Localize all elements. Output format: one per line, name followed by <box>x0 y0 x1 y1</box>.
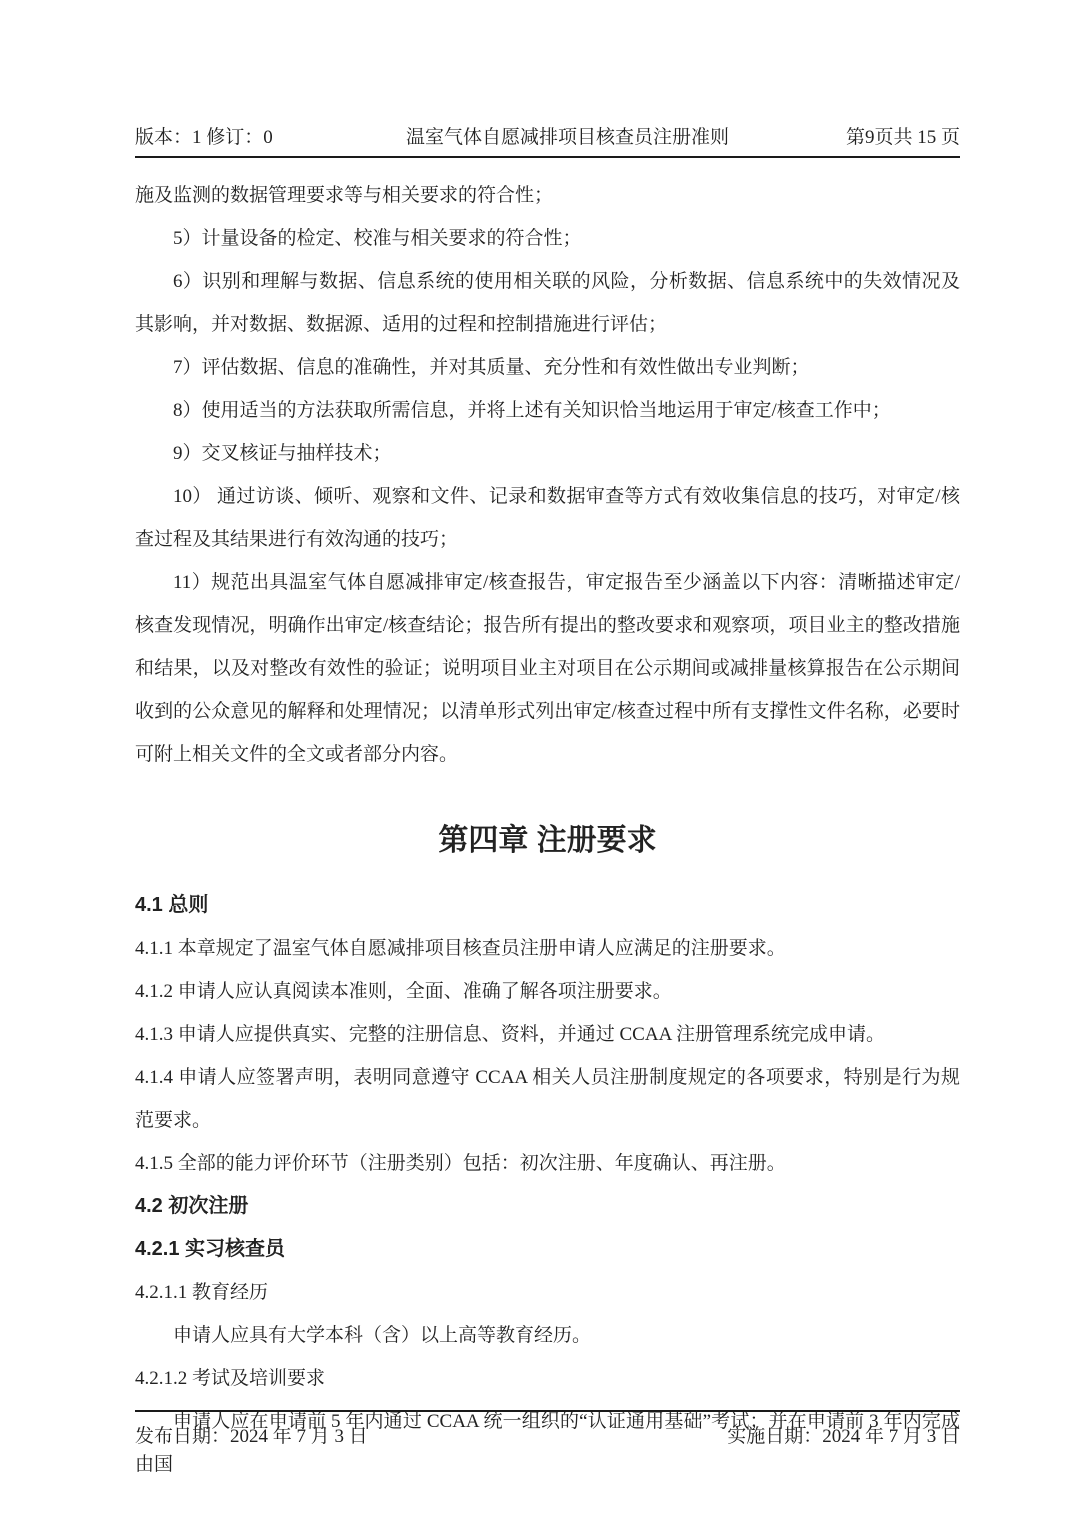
paragraph: 4.1.3 申请人应提供真实、完整的注册信息、资料，并通过 CCAA 注册管理系… <box>135 1013 960 1056</box>
paragraph: 5）计量设备的检定、校准与相关要求的符合性； <box>135 217 960 260</box>
paragraph: 9）交叉核证与抽样技术； <box>135 432 960 475</box>
page-footer: 发布日期：2024 年 7 月 3 日 实施日期：2024 年 7 月 3 日 <box>135 1410 960 1449</box>
header-title: 温室气体自愿减排项目核查员注册准则 <box>305 126 830 150</box>
paragraph: 申请人应具有大学本科（含）以上高等教育经历。 <box>135 1314 960 1357</box>
header-page-number: 第9页共 15 页 <box>830 126 960 150</box>
footer-implement-date: 实施日期：2024 年 7 月 3 日 <box>727 1425 960 1449</box>
chapter-heading: 第四章 注册要求 <box>135 824 960 858</box>
paragraph: 4.1.4 申请人应签署声明，表明同意遵守 CCAA 相关人员注册制度规定的各项… <box>135 1056 960 1142</box>
footer-publish-date: 发布日期：2024 年 7 月 3 日 <box>135 1425 368 1449</box>
paragraph: 7）评估数据、信息的准确性，并对其质量、充分性和有效性做出专业判断； <box>135 346 960 389</box>
section-heading: 4.2 初次注册 <box>135 1185 960 1228</box>
paragraph: 6）识别和理解与数据、信息系统的使用相关联的风险，分析数据、信息系统中的失效情况… <box>135 260 960 346</box>
paragraph: 4.1.5 全部的能力评价环节（注册类别）包括：初次注册、年度确认、再注册。 <box>135 1142 960 1185</box>
page-header: 版本：1 修订：0 温室气体自愿减排项目核查员注册准则 第9页共 15 页 <box>135 126 960 158</box>
paragraph: 4.2.1.1 教育经历 <box>135 1271 960 1314</box>
paragraph: 8）使用适当的方法获取所需信息，并将上述有关知识恰当地运用于审定/核查工作中； <box>135 389 960 432</box>
paragraph: 10） 通过访谈、倾听、观察和文件、记录和数据审查等方式有效收集信息的技巧，对审… <box>135 475 960 561</box>
paragraph: 4.1.2 申请人应认真阅读本准则，全面、准确了解各项注册要求。 <box>135 970 960 1013</box>
paragraph: 11）规范出具温室气体自愿减排审定/核查报告，审定报告至少涵盖以下内容：清晰描述… <box>135 561 960 776</box>
section-heading: 4.1 总则 <box>135 884 960 927</box>
document-page: 版本：1 修订：0 温室气体自愿减排项目核查员注册准则 第9页共 15 页 施及… <box>0 0 1080 1528</box>
paragraph: 4.1.1 本章规定了温室气体自愿减排项目核查员注册申请人应满足的注册要求。 <box>135 927 960 970</box>
paragraph: 4.2.1.2 考试及培训要求 <box>135 1357 960 1400</box>
section-heading: 4.2.1 实习核查员 <box>135 1228 960 1271</box>
header-version: 版本：1 修订：0 <box>135 126 305 150</box>
paragraph: 施及监测的数据管理要求等与相关要求的符合性； <box>135 174 960 217</box>
document-body: 施及监测的数据管理要求等与相关要求的符合性；5）计量设备的检定、校准与相关要求的… <box>135 174 960 1486</box>
